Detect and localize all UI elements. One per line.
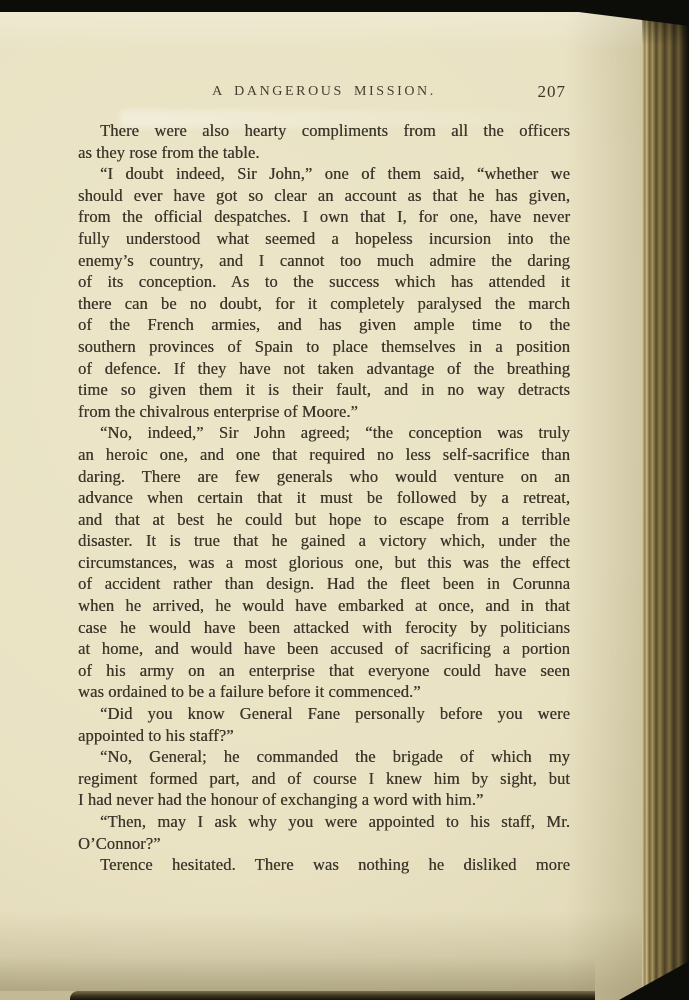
text-line: case he would have been attacked with fe… bbox=[78, 617, 570, 639]
text-line: advance when certain that it must be fol… bbox=[78, 487, 570, 509]
text-line: from the official despatches. I own that… bbox=[78, 206, 570, 228]
page-content: A DANGEROUS MISSION. 207 There were also… bbox=[78, 82, 570, 876]
page-bottom-shadow bbox=[0, 957, 595, 991]
text-line: O’Connor?” bbox=[78, 833, 570, 855]
text-line: daring. There are few generals who would… bbox=[78, 466, 570, 488]
text-line: disaster. It is true that he gained a vi… bbox=[78, 530, 570, 552]
book-page: A DANGEROUS MISSION. 207 There were also… bbox=[0, 12, 642, 1000]
text-line: “Then, may I ask why you were appointed … bbox=[78, 811, 570, 833]
text-line: of defence. If they have not taken advan… bbox=[78, 358, 570, 380]
text-line: at home, and would have been accused of … bbox=[78, 638, 570, 660]
text-line: I had never had the honour of exchanging… bbox=[78, 789, 570, 811]
paragraph: “No, indeed,” Sir John agreed; “the conc… bbox=[78, 422, 570, 703]
text-line: of his army on an enterprise that everyo… bbox=[78, 660, 570, 682]
text-line: from the chivalrous enterprise of Moore.… bbox=[78, 401, 570, 423]
text-line: time so given them it is their fault, an… bbox=[78, 379, 570, 401]
paragraph: Terence hesitated. There was nothing he … bbox=[78, 854, 570, 876]
text-line: There were also hearty compliments from … bbox=[78, 120, 570, 142]
text-line: of the French armies, and has given ampl… bbox=[78, 314, 570, 336]
text-line: fully understood what seemed a hopeless … bbox=[78, 228, 570, 250]
paragraph: “Then, may I ask why you were appointed … bbox=[78, 811, 570, 854]
text-line: of accident rather than design. Had the … bbox=[78, 573, 570, 595]
text-line: regiment formed part, and of course I kn… bbox=[78, 768, 570, 790]
text-line: southern provinces of Spain to place the… bbox=[78, 336, 570, 358]
book-scan: A DANGEROUS MISSION. 207 There were also… bbox=[0, 0, 689, 1000]
running-header: A DANGEROUS MISSION. 207 bbox=[78, 82, 570, 104]
text-line: “Did you know General Fane personally be… bbox=[78, 703, 570, 725]
text-block: There were also hearty compliments from … bbox=[78, 120, 570, 876]
paragraph: “No, General; he commanded the brigade o… bbox=[78, 746, 570, 811]
text-line: and that at best he could but hope to es… bbox=[78, 509, 570, 531]
text-line: an heroic one, and one that required no … bbox=[78, 444, 570, 466]
page-number: 207 bbox=[538, 82, 567, 102]
text-line: should ever have got so clear an account… bbox=[78, 185, 570, 207]
text-line: “No, General; he commanded the brigade o… bbox=[78, 746, 570, 768]
text-line: “No, indeed,” Sir John agreed; “the conc… bbox=[78, 422, 570, 444]
text-line: when he arrived, he would have embarked … bbox=[78, 595, 570, 617]
book-fore-edge-pages bbox=[642, 16, 689, 1000]
text-line: circumstances, was a most glorious one, … bbox=[78, 552, 570, 574]
text-line: “I doubt indeed, Sir John,” one of them … bbox=[78, 163, 570, 185]
text-line: Terence hesitated. There was nothing he … bbox=[78, 854, 570, 876]
text-line: enemy’s country, and I cannot too much a… bbox=[78, 250, 570, 272]
paragraph: “I doubt indeed, Sir John,” one of them … bbox=[78, 163, 570, 422]
running-title: A DANGEROUS MISSION. bbox=[212, 84, 436, 100]
page-bottom-edge bbox=[70, 991, 595, 1000]
paragraph: “Did you know General Fane personally be… bbox=[78, 703, 570, 746]
paragraph: There were also hearty compliments from … bbox=[78, 120, 570, 163]
text-line: was ordained to be a failure before it c… bbox=[78, 681, 570, 703]
text-line: appointed to his staff?” bbox=[78, 725, 570, 747]
text-line: as they rose from the table. bbox=[78, 142, 570, 164]
text-line: there can be no doubt, for it completely… bbox=[78, 293, 570, 315]
text-line: of its conception. As to the success whi… bbox=[78, 271, 570, 293]
